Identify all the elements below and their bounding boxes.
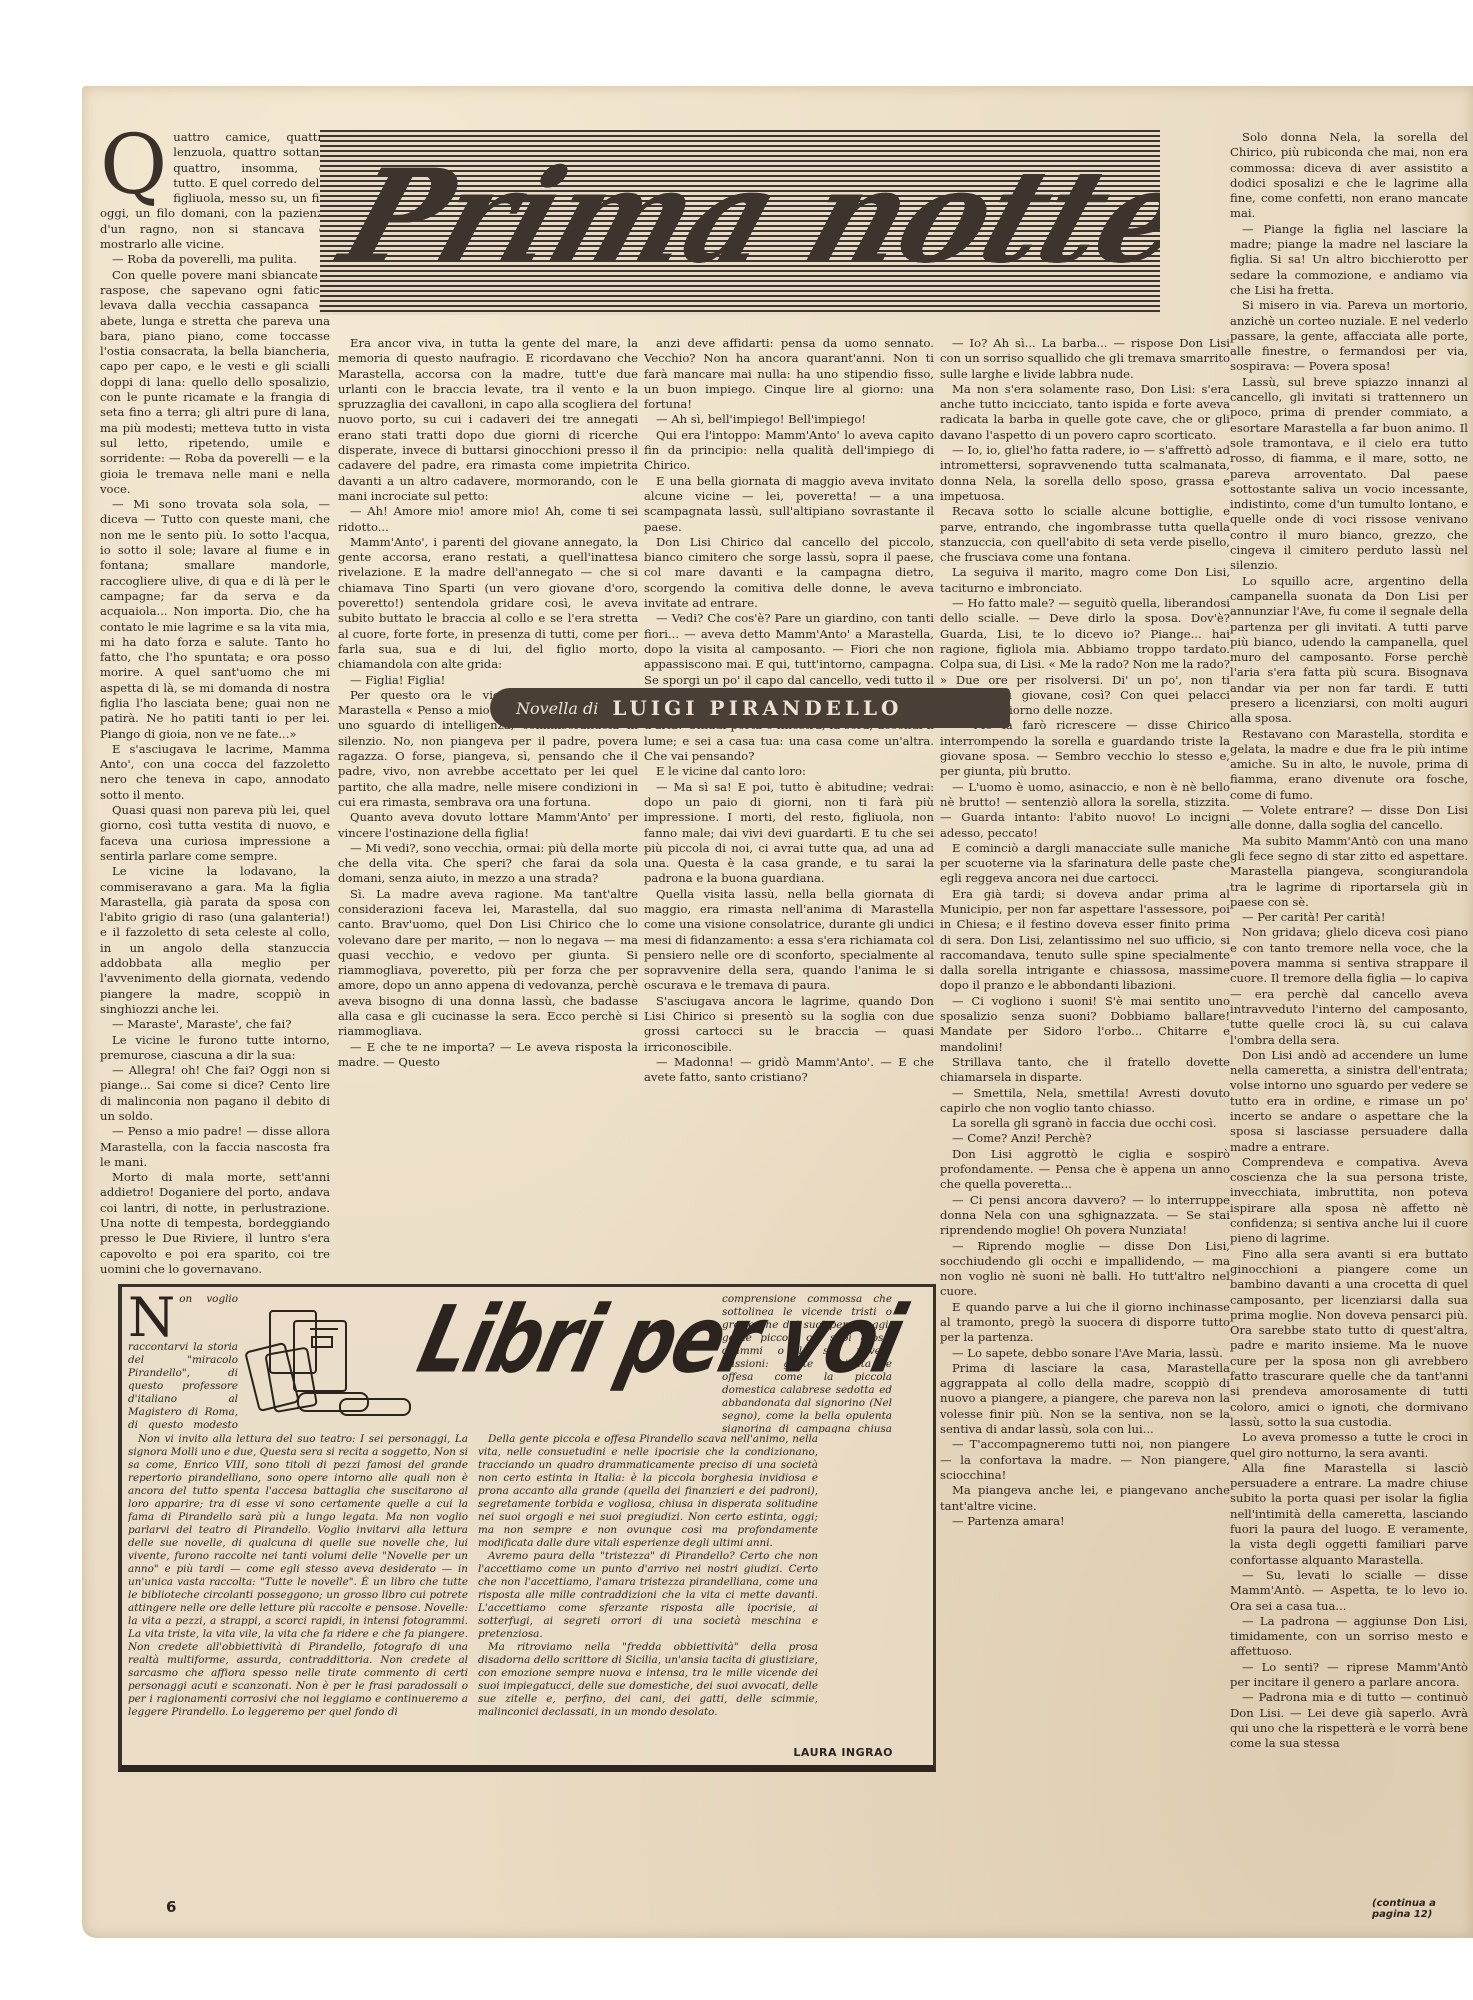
- paragraph: Si misero in via. Pareva un mortorio, an…: [1230, 298, 1468, 374]
- review-column-left: Non vi invito alla lettura del suo teatr…: [128, 1433, 468, 1763]
- continued-note: (continua a pagina 12): [1372, 1898, 1473, 1920]
- author-name: LUIGI PIRANDELLO: [612, 696, 902, 720]
- paragraph: Con quelle povere mani sbiancate e raspo…: [100, 268, 330, 497]
- paragraph: Era ancor viva, in tutta la gente del ma…: [338, 336, 638, 504]
- paragraph: La sorella gli sgranò in faccia due occh…: [940, 1116, 1230, 1131]
- paragraph: Quella visita lassù, nella bella giornat…: [644, 887, 934, 994]
- paragraph: Qui era l'intoppo: Mamm'Anto' lo aveva c…: [644, 428, 934, 474]
- column-body: — Io? Ah sì... La barba... — rispose Don…: [940, 336, 1230, 1529]
- paragraph: Le vicine le furono tutte intorno, premu…: [100, 1033, 330, 1064]
- paragraph: Non vi invito alla lettura del suo teatr…: [128, 1433, 468, 1719]
- paragraph: — Piange la figlia nel lasciare la madre…: [1230, 222, 1468, 298]
- paragraph: Le vicine la lodavano, la commiseravano …: [100, 864, 330, 1017]
- story-title-banner: Prima notte: [320, 130, 1160, 315]
- story-byline: Novella di LUIGI PIRANDELLO: [490, 688, 1010, 728]
- paragraph: — E che te ne importa? — Le aveva rispos…: [338, 1040, 638, 1071]
- review-column-right: Della gente piccola e offesa Pirandello …: [478, 1433, 818, 1763]
- paragraph: — Ci vogliono i suoni! S'è mai sentito u…: [940, 994, 1230, 1055]
- review-aside-text: comprensione commossa che sottolinea le …: [722, 1293, 892, 1433]
- paragraph: Fino alla sera avanti si era buttato gin…: [1230, 1247, 1468, 1431]
- paragraph: — Partenza amara!: [940, 1514, 1230, 1529]
- paragraph: — Su, levati lo scialle — disse Mamm'Ant…: [1230, 1568, 1468, 1614]
- paragraph: Strillava tanto, che il fratello dovette…: [940, 1055, 1230, 1086]
- paragraph: — Madonna! — gridò Mamm'Anto'. — E che a…: [644, 1055, 934, 1086]
- paragraph: — Come? Anzi! Perchè?: [940, 1131, 1230, 1146]
- paragraph: — Io, io, gliel'ho fatta radere, io — s'…: [940, 443, 1230, 504]
- paragraph: Ma non s'era solamente raso, Don Lisi: s…: [940, 382, 1230, 443]
- column-body: Della gente piccola e offesa Pirandello …: [478, 1433, 818, 1719]
- review-dropcap: N: [128, 1295, 175, 1341]
- paragraph: Non gridava; glielo diceva così piano e …: [1230, 925, 1468, 1047]
- paragraph: E quando parve a lui che il giorno inchi…: [940, 1300, 1230, 1346]
- paragraph: — Allegra! oh! Che fai? Oggi non si pian…: [100, 1063, 330, 1124]
- paragraph: — Per carità! Per carità!: [1230, 910, 1468, 925]
- books-illustration-icon: [240, 1307, 420, 1425]
- story-dropcap: Q: [100, 134, 167, 198]
- paragraph: Sì. La madre aveva ragione. Ma tant'altr…: [338, 887, 638, 1040]
- paragraph: — Ah sì, bell'impiego! Bell'impiego!: [644, 412, 934, 427]
- review-aside: comprensione commossa che sottolinea le …: [722, 1293, 892, 1433]
- paragraph: E le vicine dal canto loro:: [644, 764, 934, 779]
- paragraph: Lassù, sul breve spiazzo innanzi al canc…: [1230, 375, 1468, 574]
- story-title: Prima notte: [326, 142, 1160, 292]
- paragraph: — Ci pensi ancora davvero? — lo interrup…: [940, 1193, 1230, 1239]
- paragraph: Restavano con Marastella, stordita e gel…: [1230, 727, 1468, 803]
- book-review-box: N on voglio raccontarvi la storia del "m…: [118, 1284, 936, 1772]
- paragraph: Alla fine Marastella si lasciò persuader…: [1230, 1461, 1468, 1568]
- paragraph: Ma ritroviamo nella "fredda obbiettività…: [478, 1641, 818, 1719]
- paragraph: Solo donna Nela, la sorella del Chirico,…: [1230, 130, 1468, 222]
- story-column-1: Q uattro camice, quattro lenzuola, quatt…: [100, 130, 330, 1280]
- paragraph: La seguiva il marito, magro come Don Lis…: [940, 565, 1230, 596]
- column-body: Solo donna Nela, la sorella del Chirico,…: [1230, 130, 1468, 1751]
- paragraph: — Riprendo moglie — disse Don Lisi, socc…: [940, 1239, 1230, 1300]
- review-intro: N on voglio raccontarvi la storia del "m…: [128, 1293, 238, 1433]
- paragraph: — Figlia! Figlia!: [338, 673, 638, 688]
- paragraph: — Padrona mia e di tutto — continuò Don …: [1230, 1690, 1468, 1751]
- story-column-3: anzi deve affidarti: pensa da uomo senna…: [644, 336, 934, 1284]
- paragraph: Morto di mala morte, sett'anni addietro!…: [100, 1170, 330, 1277]
- paragraph: Era già tardi; si doveva andar prima al …: [940, 887, 1230, 994]
- paragraph: E una bella giornata di maggio aveva inv…: [644, 474, 934, 535]
- paragraph: — Lo sapete, debbo sonare l'Ave Maria, l…: [940, 1346, 1230, 1361]
- paragraph: E s'asciugava le lacrime, Mamma Anto', c…: [100, 742, 330, 803]
- paragraph: — La padrona — aggiunse Don Lisi, timida…: [1230, 1614, 1468, 1660]
- paragraph: — L'uomo è uomo, asinaccio, e non è nè b…: [940, 780, 1230, 841]
- paragraph: Ma piangeva anche lei, e piangevano anch…: [940, 1483, 1230, 1514]
- paragraph: Della gente piccola e offesa Pirandello …: [478, 1433, 818, 1550]
- paragraph: — Ma sì sa! E poi, tutto è abitudine; ve…: [644, 780, 934, 887]
- paragraph: Recava sotto lo scialle alcune bottiglie…: [940, 504, 1230, 565]
- paragraph: Mamm'Anto', i parenti del giovane annega…: [338, 535, 638, 673]
- paragraph: — Smettila, Nela, smettila! Avresti dovu…: [940, 1086, 1230, 1117]
- paragraph: S'asciugava ancora le lagrime, quando Do…: [644, 994, 934, 1055]
- paragraph: Don Lisi aggrottò le ciglia e sospirò pr…: [940, 1147, 1230, 1193]
- paragraph: Quanto aveva dovuto lottare Mamm'Anto' p…: [338, 810, 638, 841]
- column-body: uattro camice, quattro lenzuola, quattro…: [100, 130, 330, 1277]
- paragraph: Lo squillo acre, argentino della campane…: [1230, 574, 1468, 727]
- paragraph: — Mi vedi?, sono vecchia, ormai: più del…: [338, 841, 638, 887]
- column-body: Non vi invito alla lettura del suo teatr…: [128, 1433, 468, 1719]
- byline-prefix: Novella di: [516, 699, 598, 718]
- paragraph: — Mi sono trovata sola sola, — diceva — …: [100, 497, 330, 742]
- paragraph: Don Lisi andò ad accendere un lume nella…: [1230, 1048, 1468, 1155]
- paragraph: Avremo paura della "tristezza" di Pirand…: [478, 1550, 818, 1641]
- paragraph: — Io? Ah sì... La barba... — rispose Don…: [940, 336, 1230, 382]
- paragraph: Lo aveva promesso a tutte le croci in qu…: [1230, 1430, 1468, 1461]
- paragraph: — Penso a mio padre! — disse allora Mara…: [100, 1124, 330, 1170]
- paragraph: E cominciò a dargli manacciate sulle man…: [940, 841, 1230, 887]
- paragraph: Comprendeva e compativa. Aveva coscienza…: [1230, 1155, 1468, 1247]
- paragraph: — Roba da poverelli, ma pulita.: [100, 252, 330, 267]
- paragraph: — Maraste', Maraste', che fai?: [100, 1017, 330, 1032]
- story-column-5: Solo donna Nela, la sorella del Chirico,…: [1230, 130, 1468, 1870]
- paragraph: Ma subito Mamm'Antò con una mano gli fec…: [1230, 834, 1468, 910]
- review-signature: LAURA INGRAO: [793, 1746, 893, 1759]
- paragraph: — T'accompagneremo tutti noi, non piange…: [940, 1437, 1230, 1483]
- paragraph: Don Lisi Chirico dal cancello del piccol…: [644, 535, 934, 611]
- paragraph: anzi deve affidarti: pensa da uomo senna…: [644, 336, 934, 412]
- story-column-4: — Io? Ah sì... La barba... — rispose Don…: [940, 336, 1230, 1996]
- paragraph: — Lo senti? — riprese Mamm'Antò per inci…: [1230, 1660, 1468, 1691]
- story-column-2: Era ancor viva, in tutta la gente del ma…: [338, 336, 638, 1284]
- paragraph: Prima di lasciare la casa, Marastella ag…: [940, 1361, 1230, 1437]
- paragraph: Quasi quasi non pareva più lei, quel gio…: [100, 803, 330, 864]
- page-number: 6: [166, 1898, 176, 1916]
- paragraph: — Ah! Amore mio! amore mio! Ah, come ti …: [338, 504, 638, 535]
- paragraph: — Volete entrare? — disse Don Lisi alle …: [1230, 803, 1468, 834]
